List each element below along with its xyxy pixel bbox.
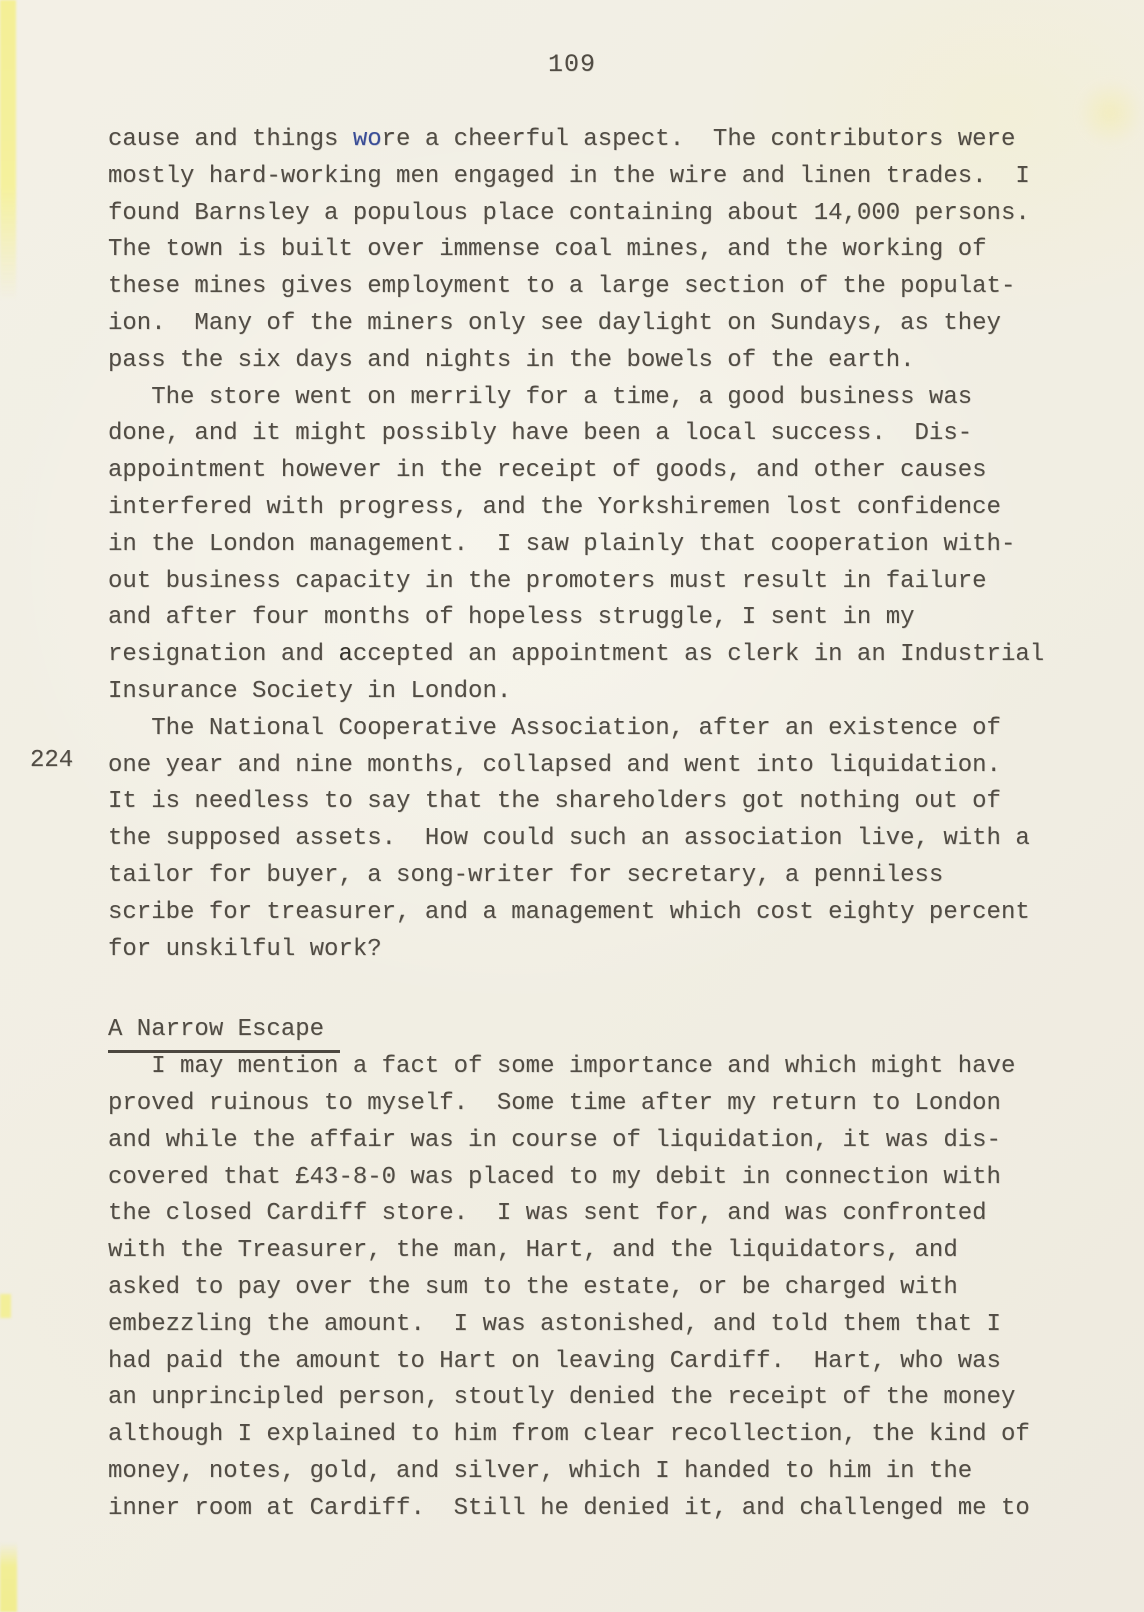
paragraph: I may mention a fact of some importance … (108, 1049, 1098, 1527)
text-line: It is needless to say that the sharehold… (108, 784, 1098, 821)
page-number: 109 (0, 50, 1144, 79)
text-line: pass the six days and nights in the bowe… (108, 343, 1098, 380)
text-line: interfered with progress, and the Yorksh… (108, 490, 1098, 527)
text-line: proved ruinous to myself. Some time afte… (108, 1086, 1098, 1123)
scan-edge-yellow-patch (0, 1294, 11, 1318)
text-line: resignation and accepted an appointment … (108, 637, 1098, 674)
text-line: done, and it might possibly have been a … (108, 416, 1098, 453)
paragraph: The store went on merrily for a time, a … (108, 380, 1098, 711)
text-line: Insurance Society in London. (108, 674, 1098, 711)
text-line: for unskilful work? (108, 932, 1098, 969)
text-line: ion. Many of the miners only see dayligh… (108, 306, 1098, 343)
text-line: appointment however in the receipt of go… (108, 453, 1098, 490)
paragraph: The National Cooperative Association, af… (108, 711, 1098, 969)
text-line: embezzling the amount. I was astonished,… (108, 1307, 1098, 1344)
text-segment: ccepted an appointment as clerk in an In… (353, 641, 1044, 668)
text-segment: re a cheerful aspect. The contributors w… (382, 126, 1016, 153)
text-line: cause and things wore a cheerful aspect.… (108, 122, 1098, 159)
text-line: found Barnsley a populous place containi… (108, 196, 1098, 233)
paragraph: cause and things wore a cheerful aspect.… (108, 122, 1098, 380)
text-line: had paid the amount to Hart on leaving C… (108, 1344, 1098, 1381)
section-heading-row: A Narrow Escape (108, 1012, 1098, 1049)
text-line: in the London management. I saw plainly … (108, 527, 1098, 564)
text-line: the supposed assets. How could such an a… (108, 821, 1098, 858)
text-line: out business capacity in the promoters m… (108, 564, 1098, 601)
text-line: and after four months of hopeless strugg… (108, 600, 1098, 637)
text-line: these mines gives employment to a large … (108, 269, 1098, 306)
text-line: The National Cooperative Association, af… (108, 711, 1098, 748)
text-line: The town is built over immense coal mine… (108, 232, 1098, 269)
margin-note: 224 (30, 747, 73, 774)
document-page: 109 224 cause and things wore a cheerful… (0, 0, 1144, 1612)
scan-edge-yellow-strip (0, 0, 16, 300)
text-line: although I explained to him from clear r… (108, 1417, 1098, 1454)
text-line: inner room at Cardiff. Still he denied i… (108, 1491, 1098, 1528)
text-line: I may mention a fact of some importance … (108, 1049, 1098, 1086)
page-body: cause and things wore a cheerful aspect.… (108, 122, 1098, 1527)
text-line: covered that £43-8-0 was placed to my de… (108, 1160, 1098, 1197)
overtyped-text: wo (353, 126, 382, 153)
text-line: asked to pay over the sum to the estate,… (108, 1270, 1098, 1307)
text-line: and while the affair was in course of li… (108, 1123, 1098, 1160)
text-line: scribe for treasurer, and a management w… (108, 895, 1098, 932)
text-line: one year and nine months, collapsed and … (108, 748, 1098, 785)
paragraph-gap (108, 968, 1098, 1012)
section-heading: A Narrow Escape (108, 1012, 340, 1053)
text-line: mostly hard-working men engaged in the w… (108, 159, 1098, 196)
text-line: with the Treasurer, the man, Hart, and t… (108, 1233, 1098, 1270)
text-segment: resignation and (108, 641, 338, 668)
text-segment: cause and things (108, 126, 353, 153)
text-line: money, notes, gold, and silver, which I … (108, 1454, 1098, 1491)
text-line: tailor for buyer, a song-writer for secr… (108, 858, 1098, 895)
text-line: the closed Cardiff store. I was sent for… (108, 1196, 1098, 1233)
overtyped-text: a (338, 641, 352, 668)
text-line: an unprincipled person, stoutly denied t… (108, 1380, 1098, 1417)
text-line: The store went on merrily for a time, a … (108, 380, 1098, 417)
scan-edge-yellow-patch (0, 1542, 17, 1612)
